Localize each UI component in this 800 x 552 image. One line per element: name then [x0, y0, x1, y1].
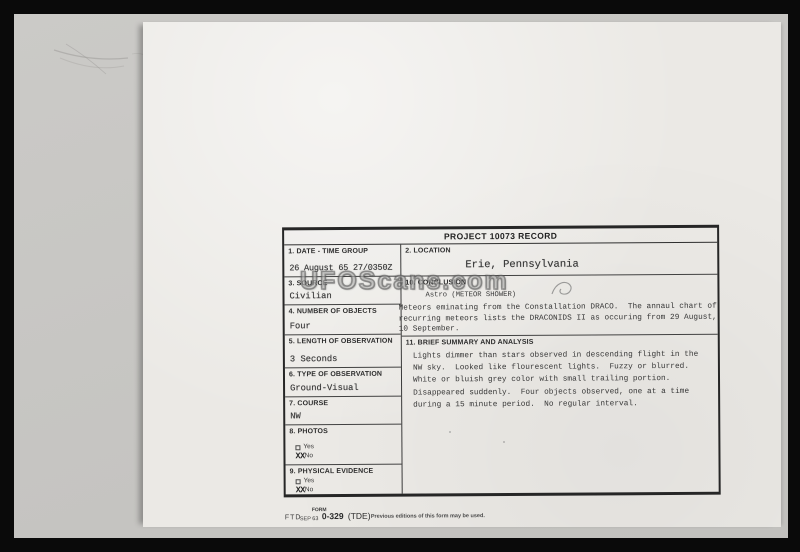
brief-summary-body: Lights dimmer than stars observed in des…	[413, 349, 699, 412]
form-footer: FTD SEP 63 FORM 0-329 (TDE) Previous edi…	[285, 505, 720, 530]
field-physical-evidence: 9. PHYSICAL EVIDENCE Yes XXNo	[286, 465, 402, 495]
watermark: UFOScans.com	[300, 267, 509, 296]
location-label: 2. LOCATION	[401, 243, 717, 255]
physical-evidence-no-mark: XX	[296, 485, 305, 495]
footer-form-date: SEP 63	[300, 516, 319, 522]
type-of-observation-label: 6. TYPE OF OBSERVATION	[285, 368, 401, 379]
course-value: NW	[285, 411, 401, 425]
footer-note: Previous editions of this form may be us…	[371, 513, 485, 520]
date-time-group-label: 1. DATE - TIME GROUP	[284, 245, 400, 256]
length-of-observation-value: 3 Seconds	[285, 354, 401, 368]
field-type-of-observation: 6. TYPE OF OBSERVATION Ground-Visual	[285, 368, 401, 398]
photos-no-text: No	[305, 452, 313, 459]
course-label: 7. COURSE	[285, 397, 401, 408]
scanned-record-screenshot: { "colors": { "background": "#0a0a0a", "…	[0, 0, 800, 552]
physical-evidence-no-option: XXNo	[296, 485, 402, 494]
type-of-observation-value: Ground-Visual	[285, 383, 401, 397]
record-form-table: PROJECT 10073 RECORD 1. DATE - TIME GROU…	[282, 225, 721, 498]
field-photos: 8. PHOTOS Yes XXNo	[285, 425, 401, 466]
photos-no-mark: XX	[295, 451, 304, 461]
field-brief-summary: 11. BRIEF SUMMARY AND ANALYSIS Lights di…	[402, 335, 719, 494]
physical-evidence-label: 9. PHYSICAL EVIDENCE	[286, 465, 402, 476]
length-of-observation-label: 5. LENGTH OF OBSERVATION	[285, 335, 401, 346]
number-of-objects-value: Four	[285, 321, 401, 335]
field-course: 7. COURSE NW	[285, 397, 401, 426]
photos-yes-text: Yes	[303, 443, 314, 450]
physical-evidence-yes-text: Yes	[304, 477, 315, 484]
number-of-objects-label: 4. NUMBER OF OBJECTS	[285, 305, 401, 316]
field-number-of-objects: 4. NUMBER OF OBJECTS Four	[285, 305, 401, 336]
handwritten-pen-mark	[549, 279, 579, 301]
checkbox-icon	[295, 445, 300, 450]
checkbox-icon	[296, 479, 301, 484]
photos-label: 8. PHOTOS	[285, 425, 401, 436]
footer-form-number: 0-329	[322, 511, 344, 521]
brief-summary-label: 11. BRIEF SUMMARY AND ANALYSIS	[402, 335, 718, 347]
footer-form-suffix: (TDE)	[348, 511, 371, 521]
physical-evidence-no-text: No	[305, 486, 313, 493]
conclusion-body: Meteors eminating from the Constallation…	[399, 302, 717, 336]
field-length-of-observation: 5. LENGTH OF OBSERVATION 3 Seconds	[285, 335, 401, 369]
photos-no-option: XXNo	[295, 451, 401, 460]
